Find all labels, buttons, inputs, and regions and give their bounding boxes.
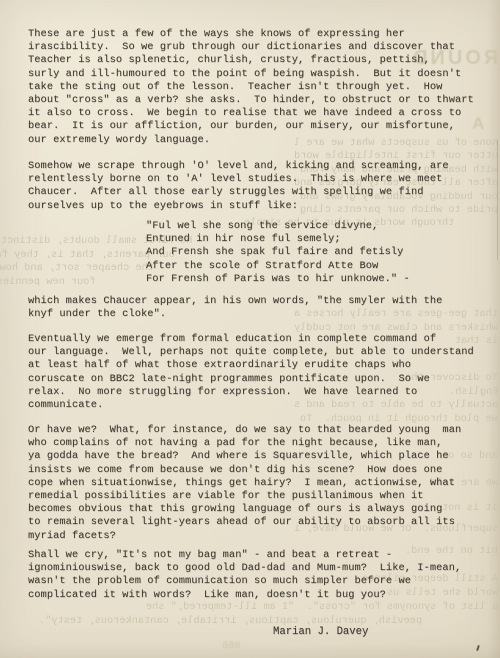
scanned-typewritten-page: ROUND A None of us suspects what we are … — [0, 0, 500, 658]
poem-chaucer-quotation: "Ful wel she song the service divyne,Ent… — [146, 220, 410, 286]
text-line: who complains of not having a pad for th… — [28, 437, 461, 450]
text-line: "Ful wel she song the service divyne, — [146, 220, 410, 233]
text-line: cope when situationwise, things get hair… — [28, 477, 461, 490]
text-line: insists we come from because we don't di… — [28, 464, 461, 477]
text-line: Eventually we emerge from formal educati… — [28, 333, 474, 346]
text-line: irascibility. So we grub through our dic… — [28, 41, 474, 54]
text-line: And Frensh she spak ful faire and fetisl… — [146, 246, 410, 259]
paragraph-irascibility: These are just a few of the ways she kno… — [28, 28, 474, 147]
paragraph-formal-education: Eventually we emerge from formal educati… — [28, 333, 474, 412]
paragraph-smyler: which makes Chaucer appear, in his own w… — [28, 295, 442, 321]
text-line: Teacher is also splenetic, churlish, cru… — [28, 54, 474, 67]
text-line: take the sting out of the lesson. Teache… — [28, 81, 474, 94]
text-line: bear. It is our affliction, our burden, … — [28, 120, 474, 133]
text-line: it also to cross. We begin to realise th… — [28, 107, 474, 120]
text-line: Entuned in hir nose ful semely; — [146, 233, 410, 246]
text-line: ourselves up to the eyebrows in stuff li… — [28, 200, 449, 213]
text-line: After the scole of Stratford Atte Bow — [146, 260, 410, 273]
text-line: relax. No more struggling for expression… — [28, 386, 474, 399]
text-line: Somehow we scrape through 'O' level and,… — [28, 160, 449, 173]
text-line: Shall we cry, "It's not my bag man" - an… — [28, 549, 461, 562]
text-line: complicated it with words? Like man, doe… — [28, 589, 461, 602]
text-line: coruscate on BBC2 late-night programmes … — [28, 373, 474, 386]
text-line: wasn't the problem of communication so m… — [28, 575, 461, 588]
text-line: becomes obvious that this growing langua… — [28, 503, 461, 516]
text-line: These are just a few of the ways she kno… — [28, 28, 474, 41]
text-line: relentlessly borne on to 'A' level studi… — [28, 173, 449, 186]
text-line: Chaucer. After all those early struggles… — [28, 186, 449, 199]
text-line: remedial possibilities are viable for th… — [28, 490, 461, 503]
text-line: communicate. — [28, 399, 474, 412]
text-line: about "cross" as a verb? she asks. To hi… — [28, 94, 474, 107]
text-line: surly and ill-humoured to the point of b… — [28, 68, 474, 81]
author-signature: Marian J. Davey — [273, 626, 368, 638]
text-line: which makes Chaucer appear, in his own w… — [28, 295, 442, 308]
text-line: myriad facets? — [28, 530, 461, 543]
text-line: our extremely wordy language. — [28, 134, 474, 147]
text-line: at least half of what those extraordinar… — [28, 359, 474, 372]
typed-text-layer: These are just a few of the ways she kno… — [0, 0, 500, 658]
text-line: Or have we? What, for instance, do we sa… — [28, 424, 461, 437]
text-line: our language. Well, perhaps not quite co… — [28, 346, 474, 359]
paragraph-o-level: Somehow we scrape through 'O' level and,… — [28, 160, 449, 213]
text-line: ignominiouswise, back to good old Dad-da… — [28, 562, 461, 575]
text-line: For Frensh of Paris was to hir unknowe."… — [146, 273, 410, 286]
paragraph-bearded-young-man: Or have we? What, for instance, do we sa… — [28, 424, 461, 543]
paragraph-shall-we-cry: Shall we cry, "It's not my bag man" - an… — [28, 549, 461, 602]
text-line: ya godda have the bread? And where is Sq… — [28, 450, 461, 463]
text-line: to remain several light-years ahead of o… — [28, 516, 461, 529]
text-line: knyf under the cloke". — [28, 308, 442, 321]
